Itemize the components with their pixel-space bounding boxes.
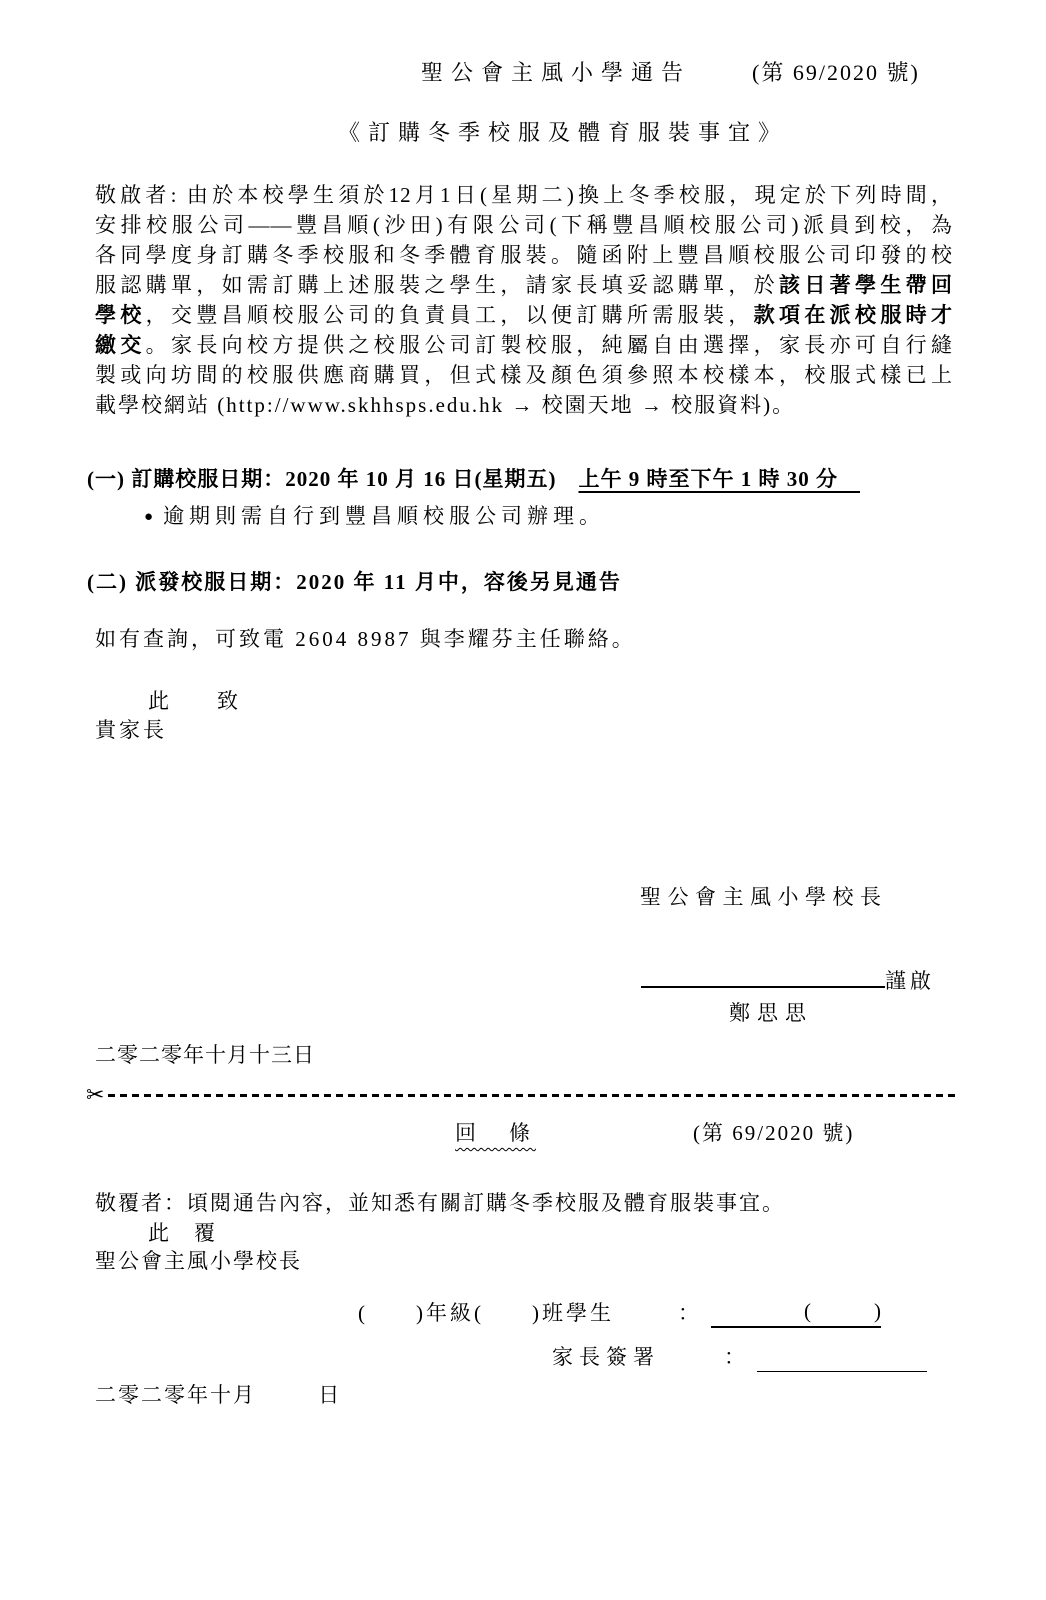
parent-colon: ： (724, 1342, 745, 1372)
reply-date-day: 日 (318, 1383, 341, 1407)
notice-document: 聖公會主風小學通告 (第 69/2020 號) 《訂購冬季校服及體育服裝事宜》 … (0, 0, 1046, 1600)
student-info-row: ( )年級( )班學生 ： ( ) (358, 1298, 881, 1328)
school-notice-title: 聖公會主風小學通告 (421, 58, 691, 88)
scissors-icon: ✂ (86, 1080, 104, 1110)
notice-subject: 《訂購冬季校服及體育服裝事宜》 (338, 118, 788, 148)
body-line: 各同學度身訂購冬季校服和冬季體育服裝。隨函附上豐昌順校服公司印發的校 (95, 240, 953, 270)
grade-class-student-label: ( )年級( )班學生 (358, 1298, 614, 1328)
parent-signature-row: 家長簽署 ： (552, 1342, 927, 1372)
item-1-note: ●逾期則需自行到豐昌順校服公司辦理。 (144, 501, 605, 532)
principal-name: 鄭思思 (729, 998, 813, 1028)
reply-slip-notice-number: (第 69/2020 號) (693, 1118, 854, 1148)
contact-line: 如有查詢，可致電 2604 8987 與李耀芬主任聯絡。 (95, 624, 636, 654)
reply-addressee: 聖公會主風小學校長 (95, 1246, 302, 1276)
body-paragraph: 敬啟者: 由於本校學生須於12月1日(星期二)換上冬季校服，現定於下列時間， 安… (95, 180, 953, 420)
item-1-note-text: 逾期則需自行到豐昌順校服公司辦理。 (163, 504, 605, 528)
item-1-uniform-order-date: (一) 訂購校服日期：2020 年 10 月 16 日(星期五) 上午 9 時至… (87, 464, 860, 494)
closing-addressee: 貴家長 (95, 715, 167, 745)
body-line: 敬啟者: 由於本校學生須於12月1日(星期二)換上冬季校服，現定於下列時間， (95, 180, 953, 210)
student-colon: ： (678, 1298, 699, 1328)
parent-signature-label: 家長簽署 (552, 1342, 660, 1372)
body-line: 安排校服公司——豐昌順(沙田)有限公司(下稱豐昌順校服公司)派員到校，為 (95, 210, 953, 240)
body-line: 服認購單，如需訂購上述服裝之學生，請家長填妥認購單，於該日著學生帶回 (95, 270, 953, 300)
reply-salute: 此 覆 (148, 1218, 217, 1248)
body-line: 製或向坊間的校服供應商購買，但式樣及顏色須參照本校樣本，校服式樣已上 (95, 360, 953, 390)
student-number-paren: ( ) (804, 1296, 881, 1326)
reply-slip-title: 回 條 (455, 1118, 536, 1148)
principal-title: 聖公會主風小學校長 (640, 882, 888, 912)
body-line: 繳交。家長向校方提供之校服公司訂製校服，純屬自由選擇，家長亦可自行縫 (95, 330, 953, 360)
notice-number: (第 69/2020 號) (752, 58, 920, 88)
body-line: 載學校網站 (http://www.skhhsps.edu.hk → 校園天地 … (95, 390, 953, 420)
dashed-line (108, 1094, 958, 1097)
body-line: 學校，交豐昌順校服公司的負責員工，以便訂購所需服裝，款項在派校服時才 (95, 300, 953, 330)
signature-suffix: 謹啟 (885, 969, 935, 993)
parent-signature-blank (757, 1345, 927, 1372)
reply-date-row: 二零二零年十月 日 (95, 1380, 341, 1410)
signature-row: 謹啟 (641, 962, 935, 996)
student-name-blank: ( ) (711, 1300, 881, 1328)
notice-date: 二零二零年十月十三日 (95, 1040, 315, 1070)
signature-line (641, 962, 885, 988)
item-2-uniform-distribution-date: (二) 派發校服日期：2020 年 11 月中，容後另見通告 (87, 567, 622, 597)
reply-body: 敬覆者：頃閱通告內容，並知悉有關訂購冬季校服及體育服裝事宜。 (95, 1188, 785, 1218)
cut-line: ✂ (86, 1080, 958, 1110)
reply-date-month: 二零二零年十月 (95, 1383, 256, 1407)
closing-salute: 此 致 (148, 686, 240, 716)
bullet-icon: ● (144, 509, 153, 525)
